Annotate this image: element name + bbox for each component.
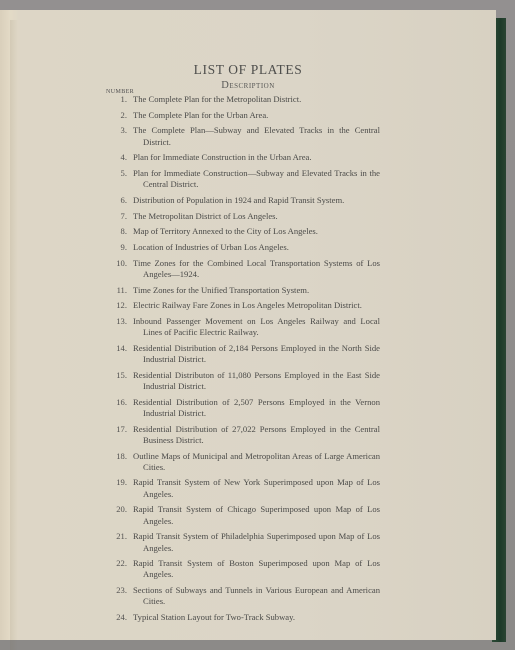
plate-description: Plan for Immediate Construction—Subway a…: [133, 168, 380, 190]
plate-number: 24.: [100, 612, 133, 623]
plate-description: Time Zones for the Combined Local Transp…: [133, 258, 380, 280]
plate-description: Residential Distribution of 27,022 Perso…: [133, 424, 380, 446]
plate-number: 16.: [100, 397, 133, 419]
plate-description: Map of Territory Annexed to the City of …: [133, 226, 380, 237]
plate-description: Residential Distribution of 2,184 Person…: [133, 343, 380, 365]
plate-item: 15.Residential Distributon of 11,080 Per…: [100, 370, 380, 392]
plate-number: 7.: [100, 211, 133, 222]
plate-item: 14.Residential Distribution of 2,184 Per…: [100, 343, 380, 365]
plate-item: 10.Time Zones for the Combined Local Tra…: [100, 258, 380, 280]
plate-item: 11.Time Zones for the Unified Transporta…: [100, 285, 380, 296]
plate-number: 17.: [100, 424, 133, 446]
plate-number: 13.: [100, 316, 133, 338]
page-content: LIST OF PLATES Description NUMBER 1.The …: [0, 10, 496, 640]
plate-item: 23.Sections of Subways and Tunnels in Va…: [100, 585, 380, 607]
plate-description: Plan for Immediate Construction in the U…: [133, 152, 380, 163]
plate-item: 21.Rapid Transit System of Philadelphia …: [100, 531, 380, 553]
plate-item: 4.Plan for Immediate Construction in the…: [100, 152, 380, 163]
description-heading: Description: [0, 80, 496, 91]
plate-item: 5.Plan for Immediate Construction—Subway…: [100, 168, 380, 190]
plate-number: 15.: [100, 370, 133, 392]
plate-number: 8.: [100, 226, 133, 237]
plate-description: Rapid Transit System of Boston Superimpo…: [133, 558, 380, 580]
plate-description: Distribution of Population in 1924 and R…: [133, 195, 380, 206]
plate-number: 1.: [100, 94, 133, 105]
plate-item: 8.Map of Territory Annexed to the City o…: [100, 226, 380, 237]
plate-item: 13.Inbound Passenger Movement on Los Ang…: [100, 316, 380, 338]
plate-description: Sections of Subways and Tunnels in Vario…: [133, 585, 380, 607]
plate-number: 2.: [100, 110, 133, 121]
book-page: LIST OF PLATES Description NUMBER 1.The …: [0, 10, 496, 640]
plate-item: 18.Outline Maps of Municipal and Metropo…: [100, 451, 380, 473]
plate-item: 22.Rapid Transit System of Boston Superi…: [100, 558, 380, 580]
plate-item: 6.Distribution of Population in 1924 and…: [100, 195, 380, 206]
plate-number: 18.: [100, 451, 133, 473]
plate-description: The Complete Plan for the Metropolitan D…: [133, 94, 380, 105]
plate-item: 7.The Metropolitan District of Los Angel…: [100, 211, 380, 222]
plate-item: 3.The Complete Plan—Subway and Elevated …: [100, 125, 380, 147]
plate-description: Residential Distributon of 11,080 Person…: [133, 370, 380, 392]
plate-number: 21.: [100, 531, 133, 553]
plate-description: Typical Station Layout for Two-Track Sub…: [133, 612, 380, 623]
plate-number: 12.: [100, 300, 133, 311]
plate-item: 19.Rapid Transit System of New York Supe…: [100, 477, 380, 499]
page-title: LIST OF PLATES: [0, 62, 496, 78]
plate-description: The Metropolitan District of Los Angeles…: [133, 211, 380, 222]
plate-item: 2.The Complete Plan for the Urban Area.: [100, 110, 380, 121]
plate-description: Time Zones for the Unified Transportatio…: [133, 285, 380, 296]
plate-number: 14.: [100, 343, 133, 365]
plate-number: 20.: [100, 504, 133, 526]
plate-description: Outline Maps of Municipal and Metropolit…: [133, 451, 380, 473]
plate-description: Electric Railway Fare Zones in Los Angel…: [133, 300, 380, 311]
plate-description: Rapid Transit System of Philadelphia Sup…: [133, 531, 380, 553]
plate-description: Location of Industries of Urban Los Ange…: [133, 242, 380, 253]
plate-description: The Complete Plan—Subway and Elevated Tr…: [133, 125, 380, 147]
plate-item: 17.Residential Distribution of 27,022 Pe…: [100, 424, 380, 446]
plate-number: 6.: [100, 195, 133, 206]
plate-number: 11.: [100, 285, 133, 296]
plate-number: 3.: [100, 125, 133, 147]
plate-number: 9.: [100, 242, 133, 253]
plate-description: Rapid Transit System of Chicago Superimp…: [133, 504, 380, 526]
plate-item: 24.Typical Station Layout for Two-Track …: [100, 612, 380, 623]
plate-number: 5.: [100, 168, 133, 190]
plates-list: 1.The Complete Plan for the Metropolitan…: [100, 94, 380, 628]
plate-description: The Complete Plan for the Urban Area.: [133, 110, 380, 121]
plate-number: 23.: [100, 585, 133, 607]
plate-description: Rapid Transit System of New York Superim…: [133, 477, 380, 499]
plate-description: Residential Distribution of 2,507 Person…: [133, 397, 380, 419]
plate-description: Inbound Passenger Movement on Los Angele…: [133, 316, 380, 338]
plate-number: 4.: [100, 152, 133, 163]
plate-item: 1.The Complete Plan for the Metropolitan…: [100, 94, 380, 105]
plate-item: 20.Rapid Transit System of Chicago Super…: [100, 504, 380, 526]
plate-number: 19.: [100, 477, 133, 499]
plate-number: 10.: [100, 258, 133, 280]
plate-item: 9.Location of Industries of Urban Los An…: [100, 242, 380, 253]
plate-item: 16.Residential Distribution of 2,507 Per…: [100, 397, 380, 419]
plate-item: 12.Electric Railway Fare Zones in Los An…: [100, 300, 380, 311]
plate-number: 22.: [100, 558, 133, 580]
